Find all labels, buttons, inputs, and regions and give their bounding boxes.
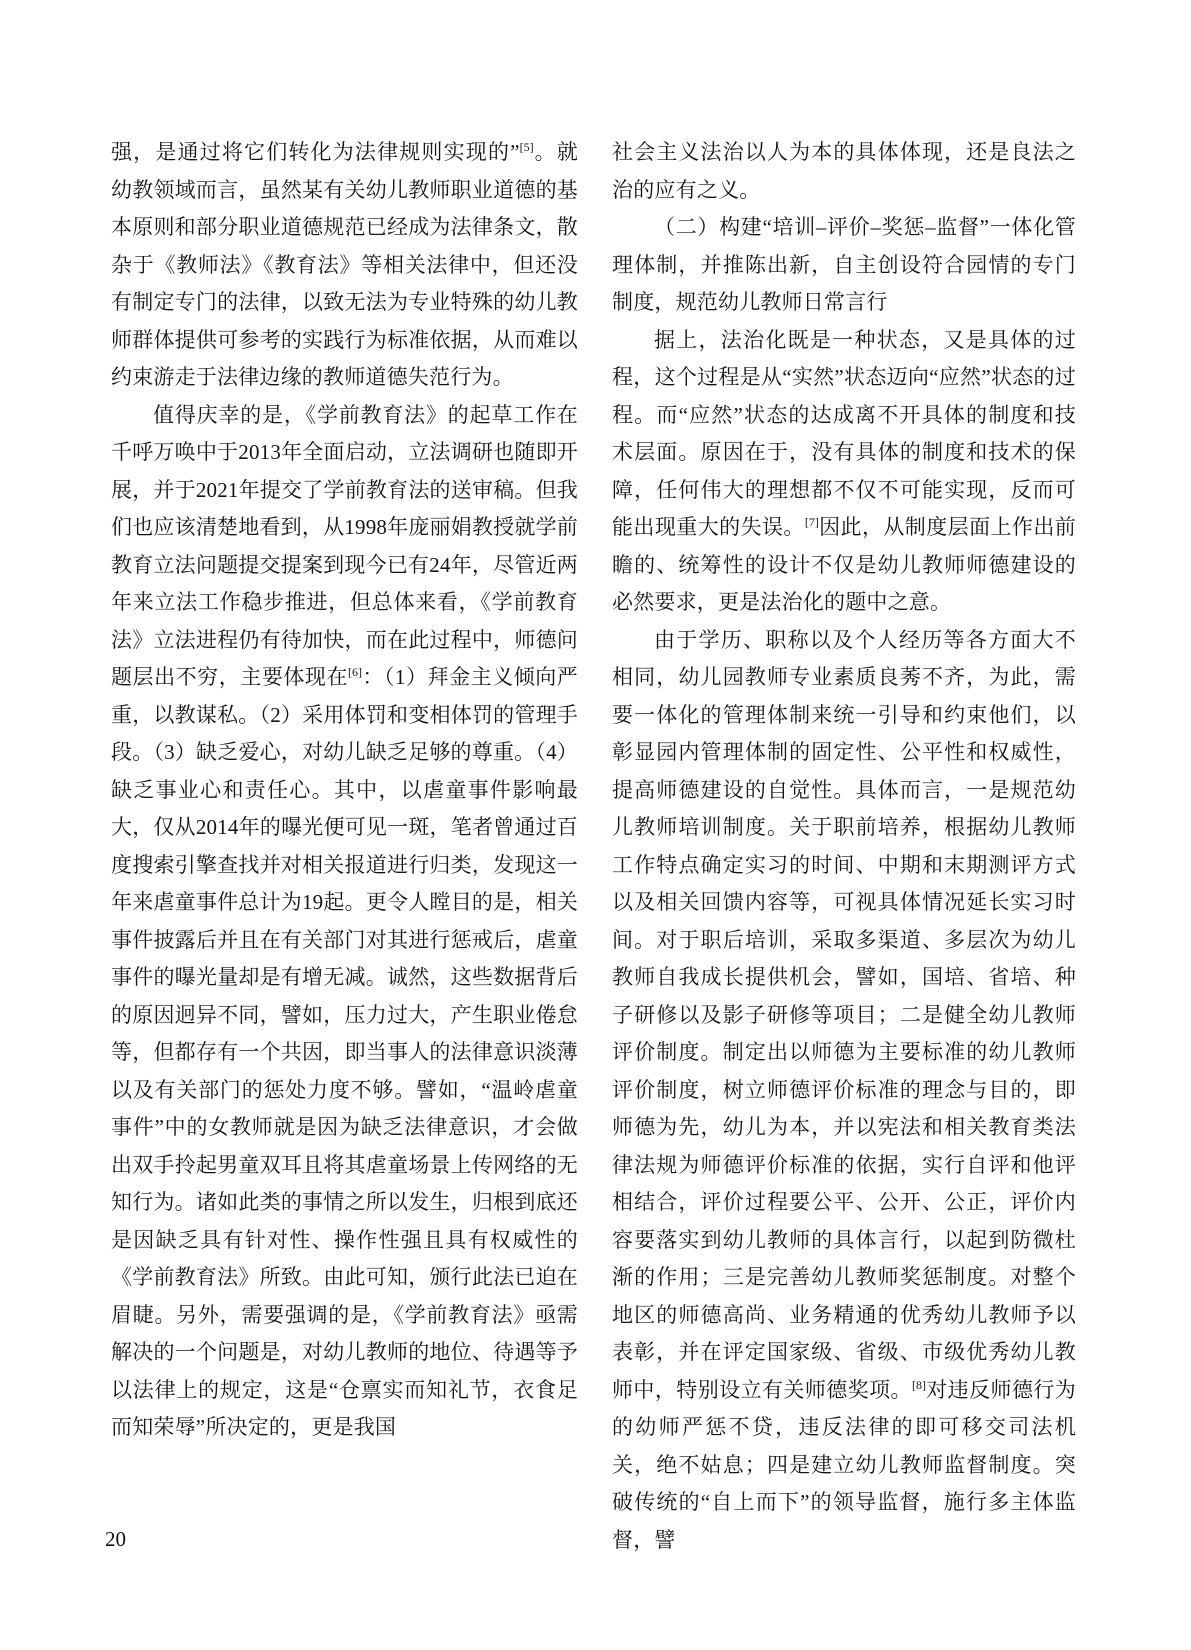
text-run: 由于学历、职称以及个人经历等各方面大不相同，幼儿园教师专业素质良莠不齐，为此，需… [612, 628, 1076, 1402]
text-run: 。就幼教领域而言，虽然某有关幼儿教师职业道德的基本原则和部分职业道德规范已经成为… [111, 140, 578, 389]
paragraph-continued-from-previous-page: 强，是通过将它们转化为法律规则实现的”[5]。就幼教领域而言，虽然某有关幼儿教师… [111, 134, 578, 397]
page-number: 20 [105, 1524, 126, 1554]
text-run: 对违反师德行为的幼师严惩不贷，违反法律的即可移交司法机关，绝不姑息；四是建立幼儿… [612, 1378, 1076, 1552]
text-run: 社会主义法治以人为本的具体体现，还是良法之治的应有之义。 [612, 140, 1076, 202]
footnote-ref: [6] [348, 665, 362, 679]
paragraph-column-continuation: 社会主义法治以人为本的具体体现，还是良法之治的应有之义。 [612, 134, 1076, 209]
text-run: 强，是通过将它们转化为法律规则实现的” [111, 140, 520, 164]
footnote-ref: [5] [520, 140, 534, 154]
text-run: 值得庆幸的是，《学前教育法》的起草工作在千呼万唤中于2013年全面启动，立法调研… [111, 403, 578, 690]
footnote-ref: [8] [912, 1378, 926, 1392]
paragraph-integrated-management-system: 由于学历、职称以及个人经历等各方面大不相同，幼儿园教师专业素质良莠不齐，为此，需… [612, 622, 1076, 1560]
footnote-ref: [7] [805, 515, 819, 529]
paragraph-rule-of-law-process: 据上，法治化既是一种状态，又是具体的过程，这个过程是从“实然”状态迈向“应然”状… [612, 322, 1076, 622]
text-run: （二）构建“培训–评价–奖惩–监督”一体化管理体制，并推陈出新，自主创设符合园情… [612, 215, 1076, 314]
text-run: 据上，法治化既是一种状态，又是具体的过程，这个过程是从“实然”状态迈向“应然”状… [612, 328, 1076, 540]
subsection-heading-two: （二）构建“培训–评价–奖惩–监督”一体化管理体制，并推陈出新，自主创设符合园情… [612, 209, 1076, 322]
document-page: 强，是通过将它们转化为法律规则实现的”[5]。就幼教领域而言，虽然某有关幼儿教师… [0, 0, 1191, 1650]
text-run: ：（1）拜金主义倾向严重，以教谋私。（2）采用体罚和变相体罚的管理手段。（3）缺… [111, 665, 578, 1439]
right-column: 社会主义法治以人为本的具体体现，还是良法之治的应有之义。 （二）构建“培训–评价… [612, 134, 1076, 1559]
paragraph-preschool-education-law-progress: 值得庆幸的是，《学前教育法》的起草工作在千呼万唤中于2013年全面启动，立法调研… [111, 397, 578, 1447]
left-column: 强，是通过将它们转化为法律规则实现的”[5]。就幼教领域而言，虽然某有关幼儿教师… [111, 134, 578, 1447]
